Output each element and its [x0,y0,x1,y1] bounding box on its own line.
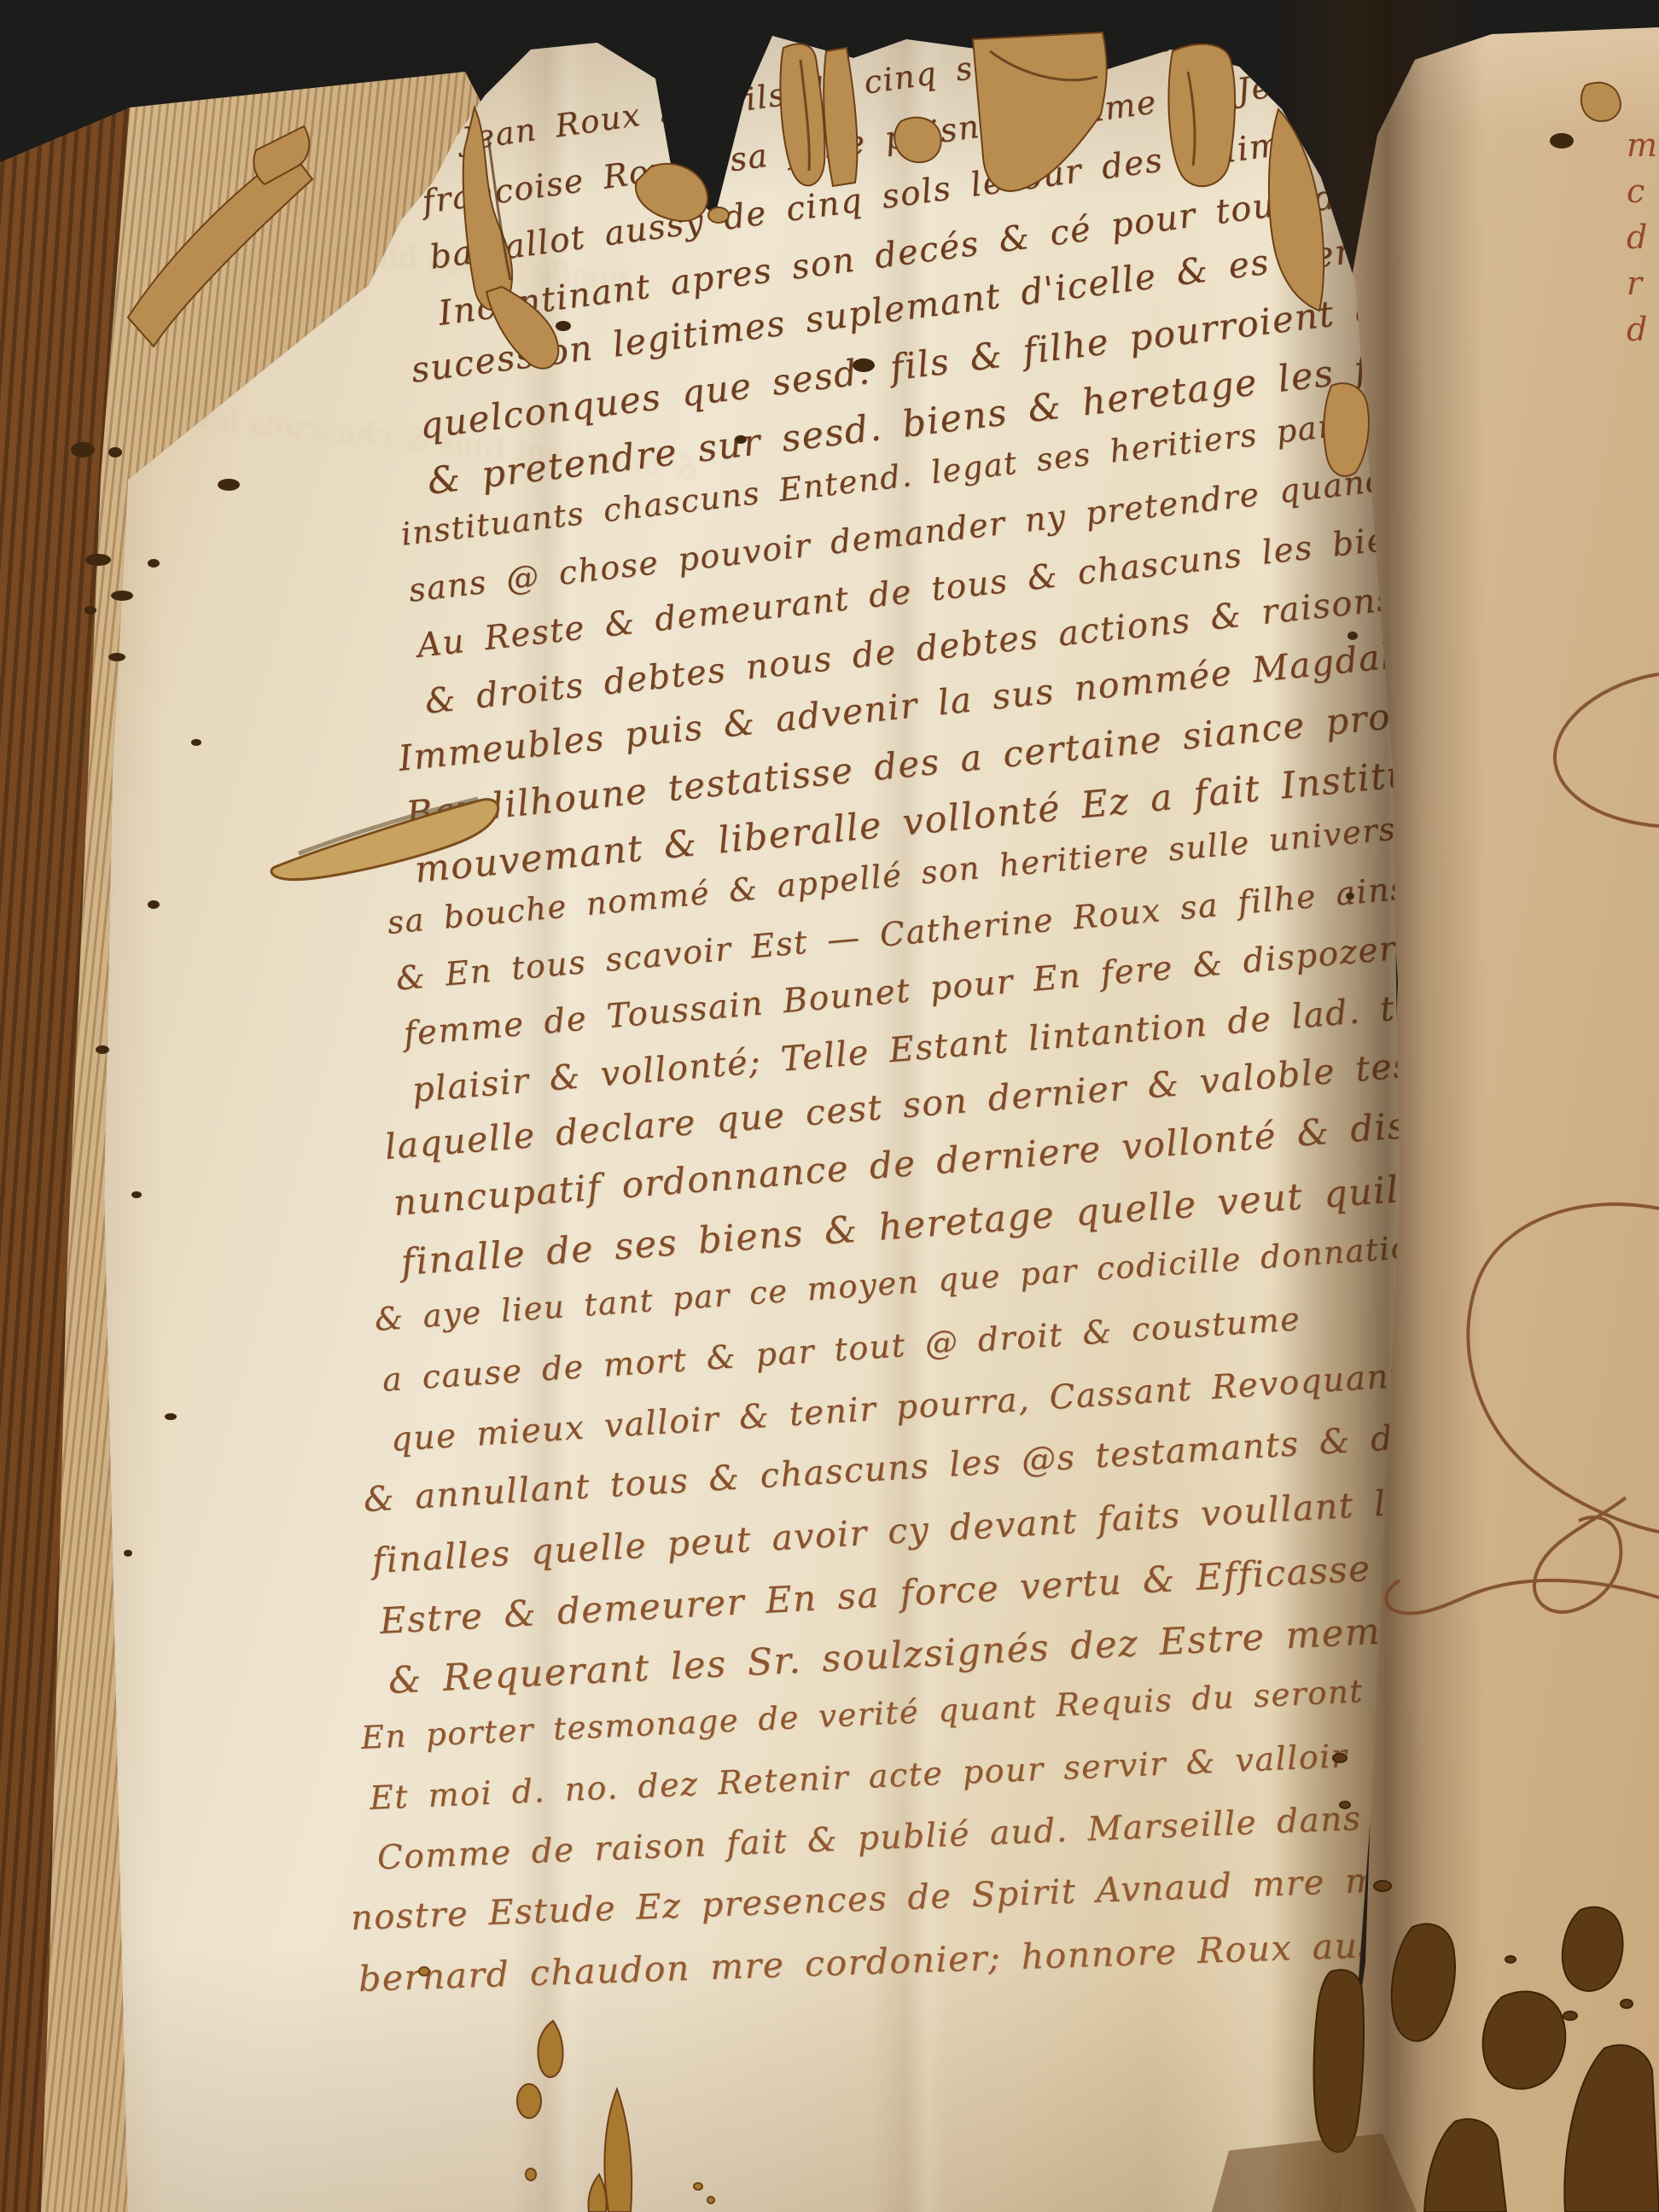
manuscript-photo: & droits debtes nous de debtes actions &… [0,0,1659,2212]
worm-trail-top [128,32,1621,476]
ink-flourish [1386,674,1659,1614]
worm-damage-bottom-right [1212,1754,1659,2212]
damage-overlay [0,0,1659,2212]
worm-holes [71,133,1574,1557]
paper-sliver [271,799,498,880]
worm-trail-bottom [419,1967,714,2212]
